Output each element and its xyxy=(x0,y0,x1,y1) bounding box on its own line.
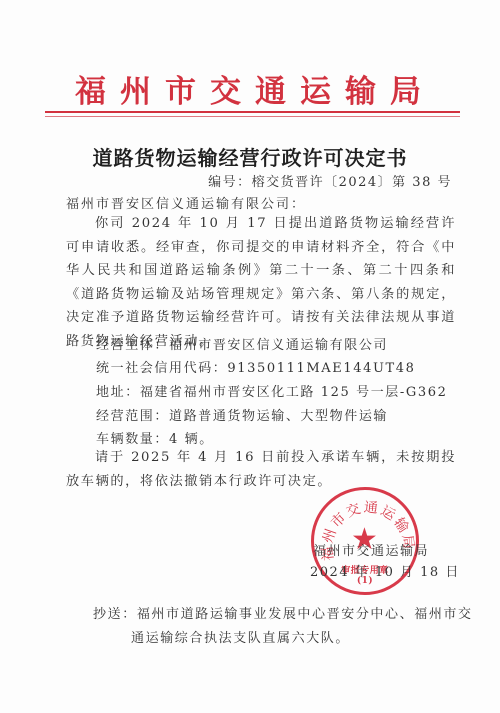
document-number: 编号：榕交货晋许〔2024〕第 38 号 xyxy=(208,171,452,190)
field-value: 91350111MAE144UT48 xyxy=(227,361,415,376)
cc-line-1: 福州市道路运输事业发展中心晋安分中心、福州市交 xyxy=(137,607,473,622)
body-paragraph-2: 请于 2025 年 4 月 16 日前投入承诺车辆，未按期投放车辆的，将依法撤销… xyxy=(66,446,456,493)
field-value: 福建省福州市晋安区化工路 125 号一层-G362 xyxy=(140,385,448,400)
letterhead-rule-thin xyxy=(45,116,460,117)
signature-date: 2024 年 10 月 18 日 xyxy=(310,561,460,580)
field-label: 车辆数量： xyxy=(96,432,169,447)
field-label: 统一社会信用代码： xyxy=(96,361,227,376)
field-address: 地址：福建省福州市晋安区化工路 125 号一层-G362 xyxy=(96,381,447,400)
cc-label: 抄送： xyxy=(93,607,137,622)
document-title: 道路货物运输经营行政许可决定书 xyxy=(0,142,500,171)
letterhead-title: 福州市交通运输局 xyxy=(0,66,500,111)
field-label: 经营范围： xyxy=(96,409,169,424)
cc-line-2: 通运输综合执法支队直属六大队。 xyxy=(93,627,483,651)
field-label: 经营主体： xyxy=(96,338,169,353)
field-credit-code: 统一社会信用代码：91350111MAE144UT48 xyxy=(96,357,416,376)
signature-organization: 福州市交通运输局 xyxy=(313,540,429,559)
field-value: 道路普通货物运输、大型物件运输 xyxy=(169,409,388,424)
body-paragraph-1: 你司 2024 年 10 月 17 日提出道路货物运输经营许可申请收悉。经审查，… xyxy=(66,212,456,353)
field-label: 地址： xyxy=(96,385,140,400)
field-scope: 经营范围：道路普通货物运输、大型物件运输 xyxy=(96,405,388,424)
addressee: 福州市晋安区信义通运输有限公司： xyxy=(66,193,306,212)
letterhead-rule-thick xyxy=(45,111,460,113)
cc-section: 抄送：福州市道路运输事业发展中心晋安分中心、福州市交 通运输综合执法支队直属六大… xyxy=(93,603,483,651)
field-value: 福州市晋安区信义通运输有限公司 xyxy=(169,338,388,353)
field-value: 4 辆。 xyxy=(169,432,214,447)
field-vehicle-count: 车辆数量：4 辆。 xyxy=(96,428,214,447)
field-operator: 经营主体：福州市晋安区信义通运输有限公司 xyxy=(96,334,388,353)
